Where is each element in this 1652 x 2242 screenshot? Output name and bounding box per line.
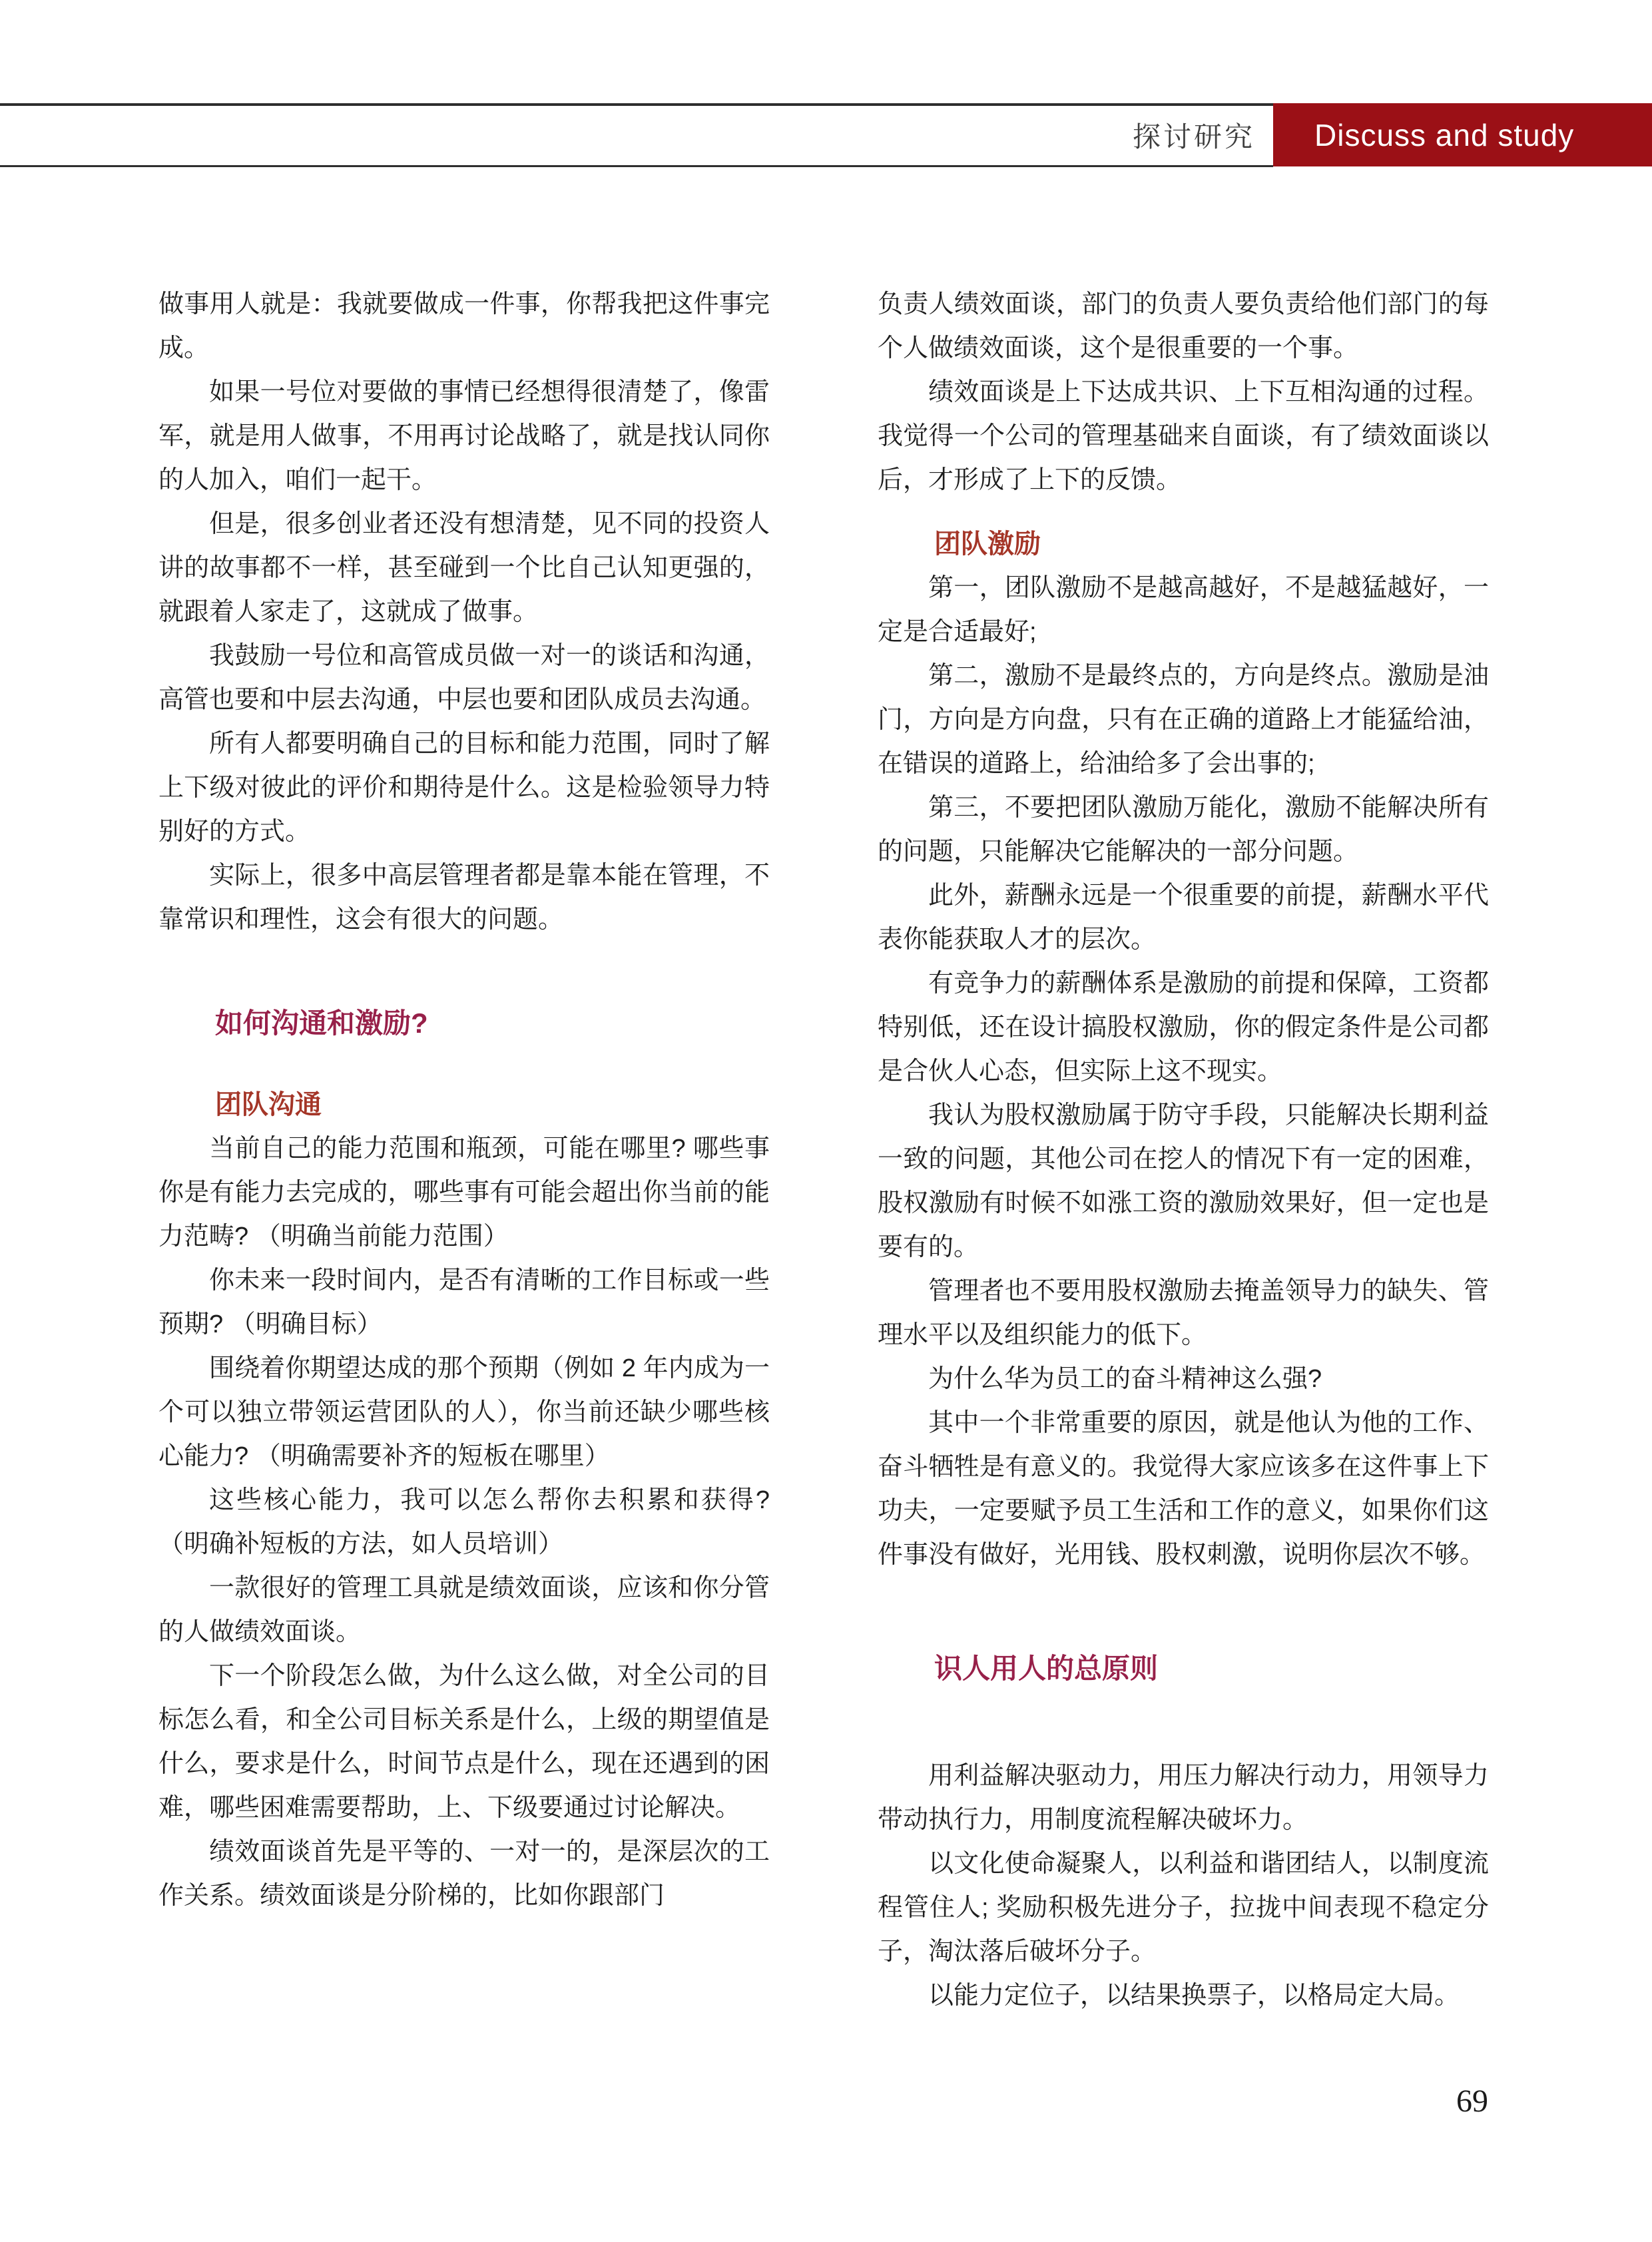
paragraph: 所有人都要明确自己的目标和能力范围，同时了解上下级对彼此的评价和期待是什么。这是… xyxy=(158,722,770,854)
paragraph: 以能力定位子，以结果换票子，以格局定大局。 xyxy=(878,1974,1489,2018)
paragraph: 做事用人就是：我就要做成一件事，你帮我把这件事完成。 xyxy=(158,282,770,370)
paragraph: 以文化使命凝聚人，以利益和谐团结人，以制度流程管住人; 奖励积极先进分子，拉拢中… xyxy=(878,1842,1489,1974)
paragraph: 第二，激励不是最终点的，方向是终点。激励是油门，方向是方向盘，只有在正确的道路上… xyxy=(878,654,1489,786)
paragraph: 有竞争力的薪酬体系是激励的前提和保障，工资都特别低，还在设计搞股权激励，你的假定… xyxy=(878,962,1489,1093)
section-title-chinese-label: 探讨研究 xyxy=(1133,115,1255,155)
paragraph: 为什么华为员工的奋斗精神这么强? xyxy=(878,1357,1489,1401)
paragraph: 下一个阶段怎么做，为什么这么做，对全公司的目标怎么看，和全公司目标关系是什么，上… xyxy=(158,1654,770,1830)
paragraph: 我鼓励一号位和高管成员做一对一的谈话和沟通，高管也要和中层去沟通，中层也要和团队… xyxy=(158,634,770,722)
paragraph: 负责人绩效面谈，部门的负责人要负责给他们部门的每个人做绩效面谈，这个是很重要的一… xyxy=(878,282,1489,370)
paragraph: 用利益解决驱动力，用压力解决行动力，用领导力带动执行力，用制度流程解决破坏力。 xyxy=(878,1754,1489,1842)
paragraph: 其中一个非常重要的原因，就是他认为他的工作、奋斗牺牲是有意义的。我觉得大家应该多… xyxy=(878,1401,1489,1577)
paragraph: 实际上，很多中高层管理者都是靠本能在管理，不靠常识和理性，这会有很大的问题。 xyxy=(158,854,770,942)
paragraph: 第三，不要把团队激励万能化，激励不能解决所有的问题，只能解决它能解决的一部分问题… xyxy=(878,786,1489,874)
paragraph: 当前自己的能力范围和瓶颈，可能在哪里? 哪些事你是有能力去完成的，哪些事有可能会… xyxy=(158,1127,770,1259)
section-title-chinese: 探讨研究 xyxy=(1052,103,1255,166)
paragraph: 围绕着你期望达成的那个预期（例如 2 年内成为一个可以独立带领运营团队的人），你… xyxy=(158,1346,770,1478)
paragraph: 如果一号位对要做的事情已经想得很清楚了，像雷军，就是用人做事，不用再讨论战略了，… xyxy=(158,370,770,502)
article-column-right: 负责人绩效面谈，部门的负责人要负责给他们部门的每个人做绩效面谈，这个是很重要的一… xyxy=(878,282,1489,2018)
paragraph: 我认为股权激励属于防守手段，只能解决长期利益一致的问题，其他公司在挖人的情况下有… xyxy=(878,1093,1489,1269)
paragraph: 管理者也不要用股权激励去掩盖领导力的缺失、管理水平以及组织能力的低下。 xyxy=(878,1269,1489,1357)
section-title-tab: Discuss and study xyxy=(1273,103,1652,166)
paragraph: 此外，薪酬永远是一个很重要的前提，薪酬水平代表你能获取人才的层次。 xyxy=(878,874,1489,962)
paragraph: 但是，很多创业者还没有想清楚，见不同的投资人讲的故事都不一样，甚至碰到一个比自己… xyxy=(158,502,770,634)
paragraph: 这些核心能力，我可以怎么帮你去积累和获得? （明确补短板的方法，如人员培训） xyxy=(158,1478,770,1566)
section-title-english-label: Discuss and study xyxy=(1273,117,1574,153)
section-heading: 识人用人的总原则 xyxy=(934,1647,1489,1691)
magazine-page: 探讨研究 Discuss and study 做事用人就是：我就要做成一件事，你… xyxy=(0,0,1652,2242)
page-number: 69 xyxy=(1355,2083,1488,2119)
section-heading: 如何沟通和激励? xyxy=(215,1001,770,1045)
article-column-left: 做事用人就是：我就要做成一件事，你帮我把这件事完成。如果一号位对要做的事情已经想… xyxy=(158,282,770,1918)
paragraph: 第一，团队激励不是越高越好，不是越猛越好，一定是合适最好; xyxy=(878,566,1489,654)
sub-heading: 团队沟通 xyxy=(215,1083,770,1127)
paragraph: 绩效面谈是上下达成共识、上下互相沟通的过程。我觉得一个公司的管理基础来自面谈，有… xyxy=(878,370,1489,502)
paragraph: 你未来一段时间内，是否有清晰的工作目标或一些预期? （明确目标） xyxy=(158,1259,770,1346)
paragraph: 绩效面谈首先是平等的、一对一的，是深层次的工作关系。绩效面谈是分阶梯的，比如你跟… xyxy=(158,1830,770,1918)
paragraph: 一款很好的管理工具就是绩效面谈，应该和你分管的人做绩效面谈。 xyxy=(158,1566,770,1654)
sub-heading: 团队激励 xyxy=(934,522,1489,566)
